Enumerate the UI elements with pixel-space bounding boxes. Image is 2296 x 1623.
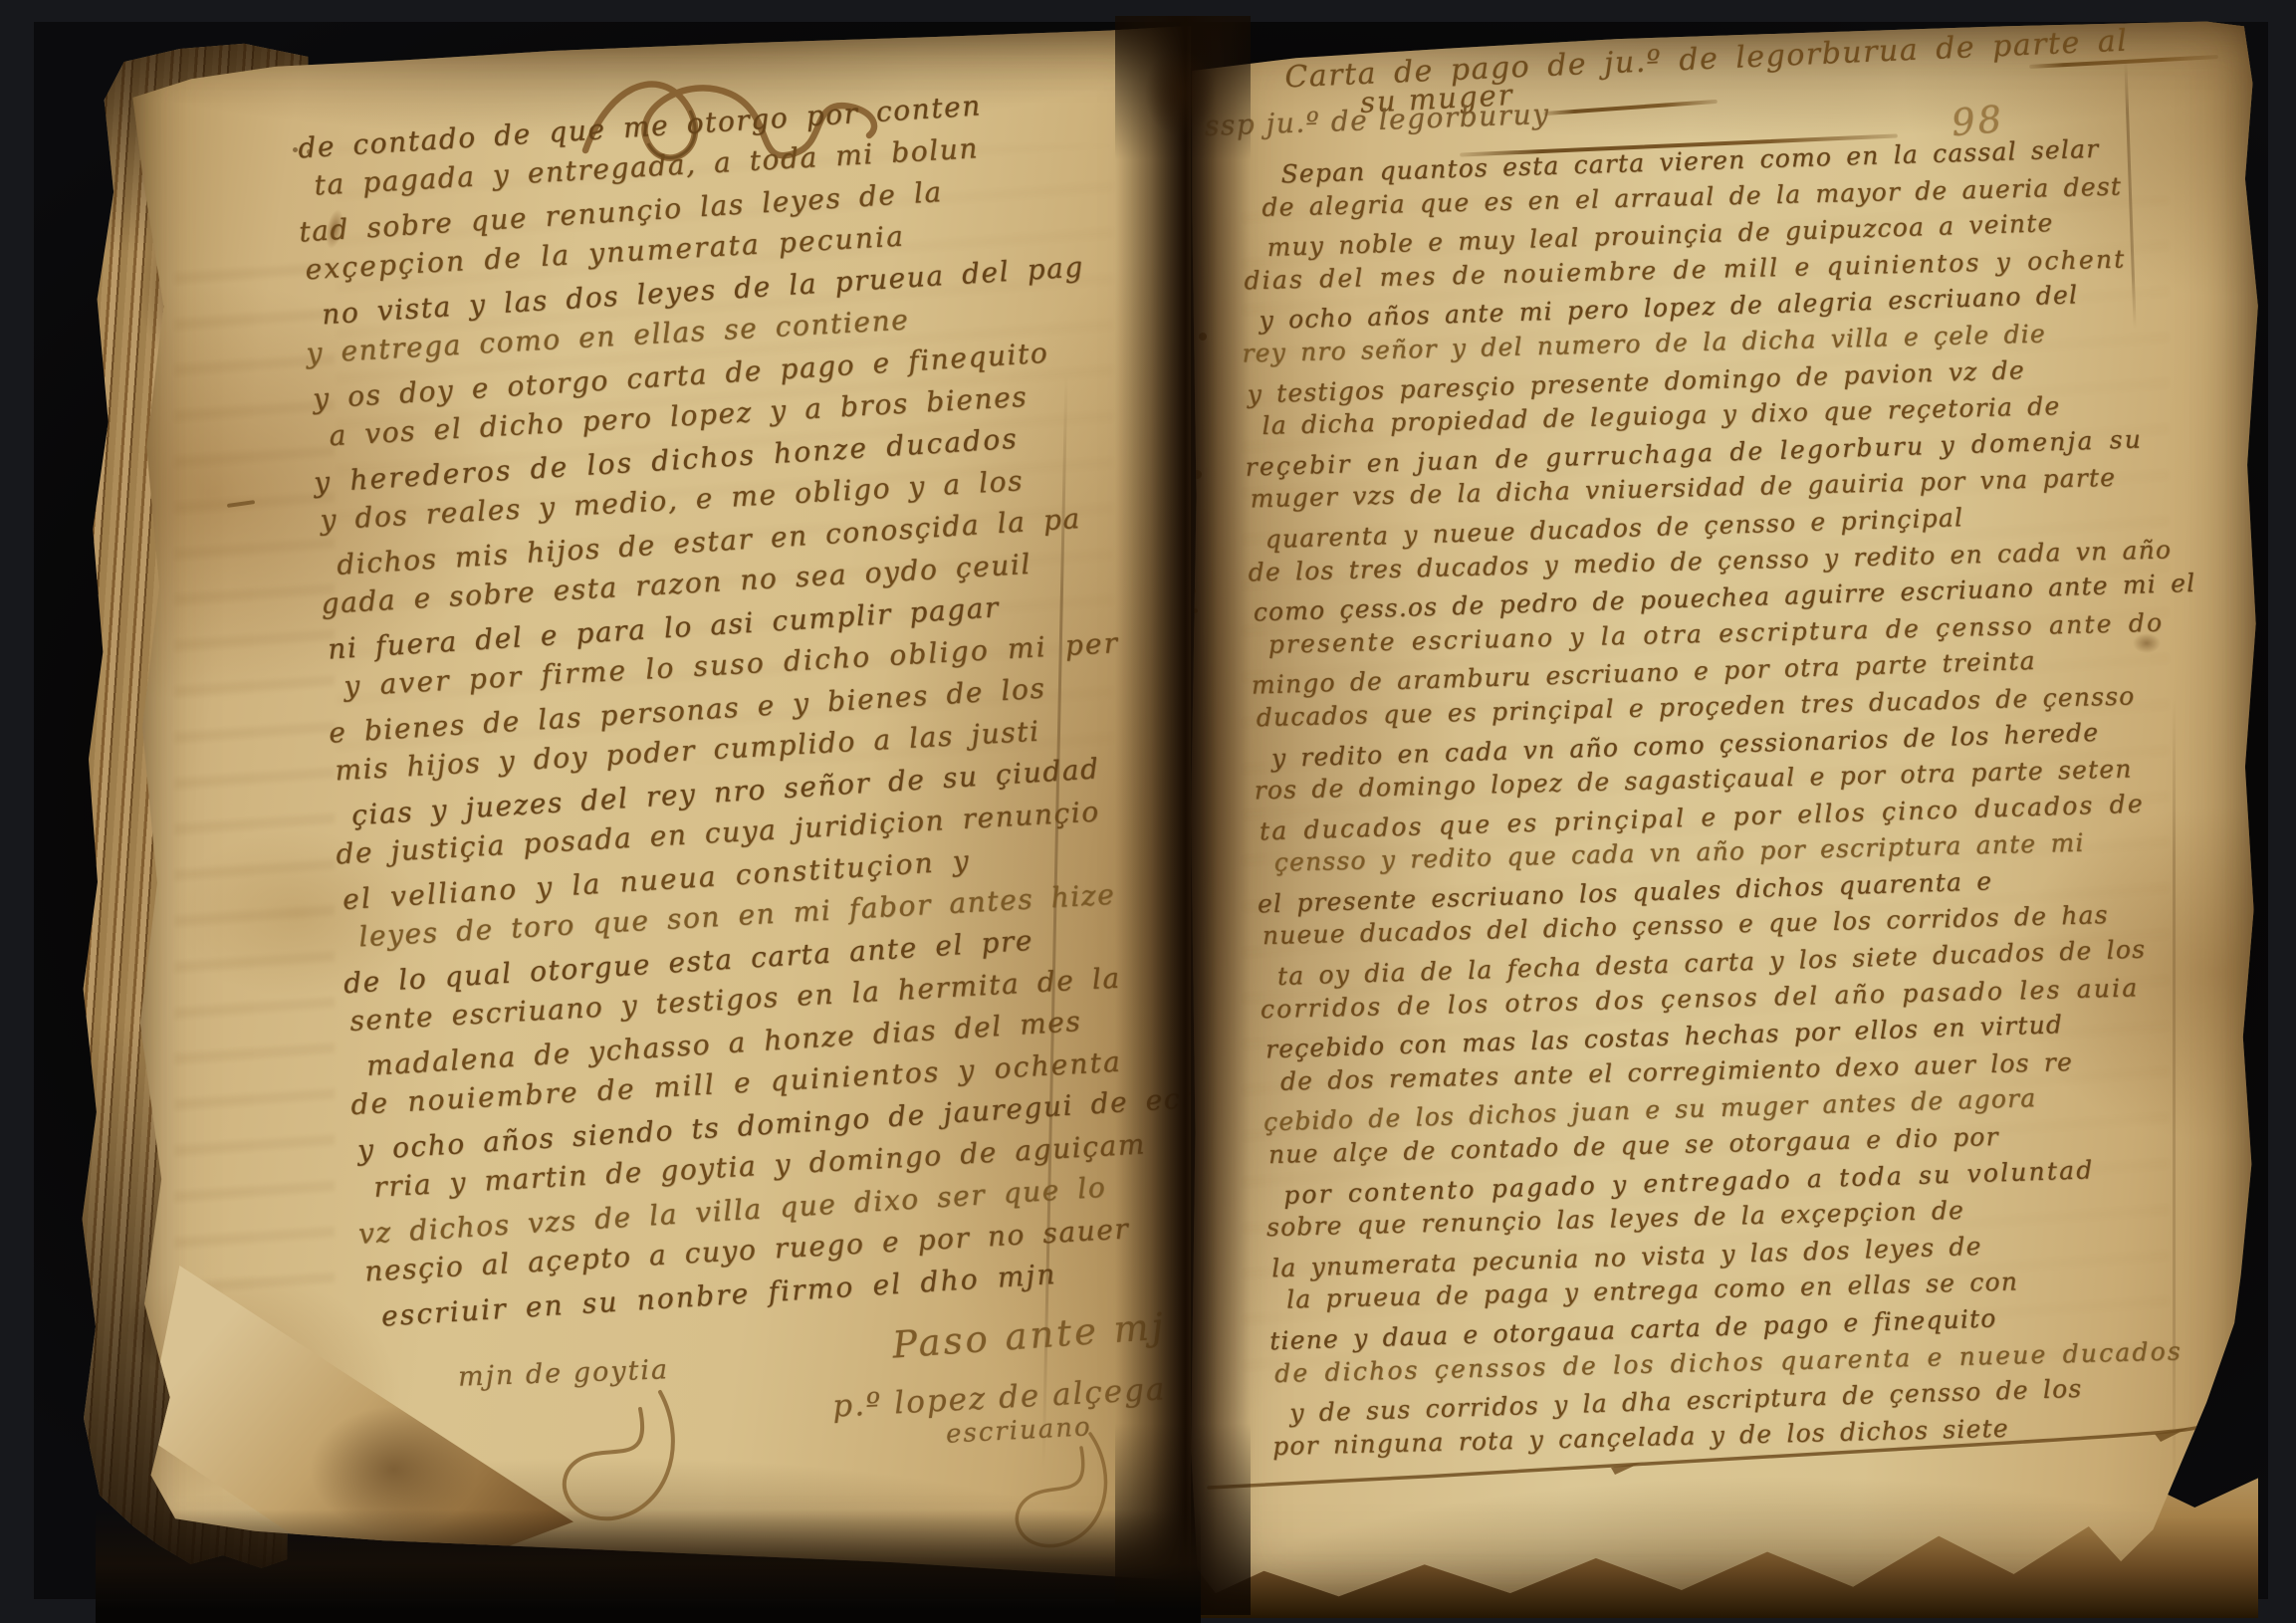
ink-dots [293,147,298,152]
right-page: Carta de pago de ju.º de legorburua de p… [1189,20,2260,1609]
ink-rule [1543,100,1718,116]
registry-note: ssp ju.º de legorburuy [1205,98,1550,142]
photo-background: de contado de que me otorgo por contenta… [0,0,2296,1623]
right-page-text: Sepan quantos esta carta vieren como en … [1241,128,2252,1467]
left-bottom-shadow [96,1509,1201,1623]
closing-rule-flourish-icon [1201,1422,2206,1502]
gutter-shadow-stain [1145,48,1215,137]
left-page: de contado de que me otorgo por contenta… [127,26,1191,1584]
bleedthrough-marks [175,247,335,1302]
book-gutter [1115,16,1251,1615]
